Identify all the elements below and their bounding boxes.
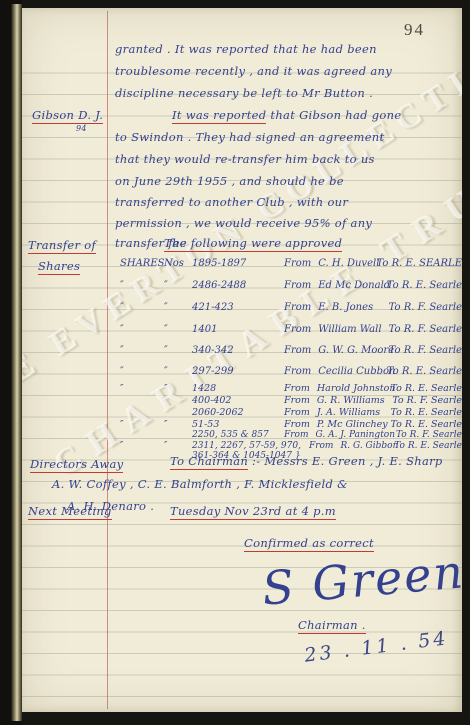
share-transfer-row: ″″421-423FromE. B. JonesTo R. F. Searle	[120, 302, 462, 313]
margin-note-directors: Directors Away	[30, 457, 123, 471]
red-margin-line	[107, 11, 108, 709]
row-ditto-1: ″	[120, 419, 164, 430]
directors-line: A. W. Coffey , C. E. Balmforth , F. Mick…	[52, 477, 348, 491]
chairman-role-line: Chairman .	[298, 618, 366, 632]
row-from-name: Harold Johnston	[317, 383, 396, 394]
row-ditto-1: ″	[120, 383, 164, 394]
margin-note-directors-label: Directors Away	[30, 457, 123, 473]
row-to: To R. E. Searle	[387, 280, 462, 291]
intro-line: troublesome recently , and it was agreed…	[115, 64, 392, 78]
row-to: To R. F. Searle	[389, 324, 462, 335]
transfer-heading-text: The following were approved	[164, 236, 342, 252]
row-to: To R. E. Searle	[390, 419, 462, 430]
gibson-line: to Swindon . They had signed an agreemen…	[115, 130, 384, 144]
share-transfer-row: 400-402FromG. R. WilliamsTo R. F. Searle	[120, 395, 462, 406]
margin-note-transfer-label: Transfer of	[28, 238, 96, 254]
gibson-line: permission , we would receive 95% of any	[115, 216, 372, 230]
row-from-word: From	[284, 407, 310, 418]
gibson-line: transferred to another Club , with our	[115, 195, 348, 209]
row-to: To R. E. Searle	[390, 407, 462, 418]
row-from-word: From	[284, 419, 310, 430]
row-ditto-2: ″	[164, 441, 192, 451]
row-ditto-2: ″	[164, 345, 192, 356]
margin-note-next-meeting: Next Meeting	[28, 504, 112, 518]
gibson-lead-rest: that Gibson had gone	[266, 108, 401, 122]
share-transfer-row: ″″2311, 2267, 57-59, 970,FromR. G. Gibbo…	[120, 441, 462, 451]
row-ditto-2: Nos	[164, 258, 192, 269]
minute-book-scan: THE EVERTON COLLECTION CHARITABLE TRUST …	[0, 0, 470, 725]
row-share-numbers: 297-299	[192, 366, 276, 377]
share-transfer-row: ″″297-299FromCecilia CubbonTo R. E. Sear…	[120, 366, 462, 377]
row-from-word: From	[309, 441, 334, 451]
row-from-name: J. A. Williams	[317, 407, 380, 418]
row-from-name: E. B. Jones	[318, 302, 373, 313]
directors-lead-rest: :- Messrs E. Green , J. E. Sharp	[248, 454, 443, 468]
row-from-name: G. A. J. Panington	[316, 430, 396, 440]
row-ditto-1: ″	[120, 324, 164, 335]
gibson-line: that they would re-transfer him back to …	[115, 152, 375, 166]
gibson-lead-line: It was reported that Gibson had gone	[172, 108, 401, 122]
row-from-word: From	[284, 258, 311, 269]
intro-line: granted . It was reported that he had be…	[115, 42, 377, 56]
row-from-word: From	[284, 302, 311, 313]
row-to: To R. F. Searle	[396, 430, 462, 440]
row-from-word: From	[284, 345, 311, 356]
row-from-name: R. G. Gibbon	[340, 441, 398, 451]
confirmed-line: Confirmed as correct	[244, 536, 374, 550]
share-transfer-row: 2060-2062FromJ. A. WilliamsTo R. E. Sear…	[120, 407, 462, 418]
chairman-role-text: Chairman .	[298, 618, 366, 634]
gibson-line: on June 29th 1955 , and should he be	[115, 174, 344, 188]
transfer-heading: The following were approved	[164, 236, 342, 250]
gibson-lead-underlined: It was reported	[172, 108, 266, 124]
row-ditto-2: ″	[164, 302, 192, 313]
row-to: To R. F. Searle	[389, 302, 462, 313]
row-share-numbers: 2060-2062	[192, 407, 276, 418]
minute-book-page: THE EVERTON COLLECTION CHARITABLE TRUST …	[22, 8, 462, 712]
row-ditto-1: SHARES	[120, 258, 164, 269]
directors-lead-line: To Chairman :- Messrs E. Green , J. E. S…	[170, 454, 443, 468]
row-from-word: From	[284, 430, 309, 440]
row-from-word: From	[284, 324, 311, 335]
row-to: To R. E. Searle	[390, 383, 462, 394]
row-share-numbers: 51-53	[192, 419, 276, 430]
row-ditto-1: ″	[120, 345, 164, 356]
row-share-numbers: 2250, 535 & 857	[192, 430, 276, 440]
row-from-name: William Wall	[318, 324, 381, 335]
row-share-numbers: 421-423	[192, 302, 276, 313]
row-share-numbers: 2486-2488	[192, 280, 276, 291]
row-share-numbers: 1428	[192, 383, 276, 394]
row-ditto-2: ″	[164, 324, 192, 335]
margin-note-gibson-label: Gibson D. J.	[32, 108, 103, 124]
row-to: To R. F. Searle	[392, 395, 462, 406]
row-from-name: C. H. Duvell	[318, 258, 379, 269]
confirmed-text: Confirmed as correct	[244, 536, 374, 552]
directors-lead-underlined: To Chairman	[170, 454, 248, 470]
row-ditto-1: ″	[120, 302, 164, 313]
share-transfer-row: ″″2486-2488FromEd Mc DonaldTo R. E. Sear…	[120, 280, 462, 291]
margin-note-gibson-sub: 94	[76, 124, 87, 133]
margin-note-next-meeting-label: Next Meeting	[28, 504, 112, 520]
row-to: To R. F. Searle	[389, 345, 462, 356]
share-transfer-row: ″″1428FromHarold JohnstonTo R. E. Searle	[120, 383, 462, 394]
row-share-numbers: 2311, 2267, 57-59, 970,	[192, 441, 301, 451]
share-transfer-row: ″″51-53FromP. Mc GlincheyTo R. E. Searle	[120, 419, 462, 430]
row-to: To R. E. Searle	[387, 366, 462, 377]
margin-note-transfer: Transfer of	[28, 238, 96, 252]
margin-note-shares: Shares	[38, 259, 80, 273]
row-from-name: G. W. G. Moore	[318, 345, 394, 356]
row-from-name: P. Mc Glinchey	[317, 419, 388, 430]
page-gutter-edge	[11, 4, 22, 721]
row-share-numbers: 400-402	[192, 395, 276, 406]
share-transfer-row: ″″340-342FromG. W. G. MooreTo R. F. Sear…	[120, 345, 462, 356]
row-ditto-2: ″	[164, 366, 192, 377]
row-from-word: From	[284, 383, 310, 394]
row-ditto-2: ″	[164, 383, 192, 394]
share-transfer-row: SHARESNos1895-1897FromC. H. DuvellTo R. …	[120, 258, 462, 269]
chairman-signature: S Green	[260, 544, 462, 615]
ruled-lines	[22, 52, 462, 712]
row-to: To R. E. Searle	[394, 441, 462, 451]
margin-note-shares-label: Shares	[38, 259, 80, 275]
row-from-name: Cecilia Cubbon	[318, 366, 395, 377]
next-meeting-line: Tuesday Nov 23rd at 4 p.m	[170, 504, 336, 518]
margin-note-gibson: Gibson D. J.	[32, 108, 103, 122]
row-ditto-2: ″	[164, 280, 192, 291]
row-share-numbers: 1895-1897	[192, 258, 276, 269]
page-number: 94	[404, 20, 425, 40]
row-ditto-1: ″	[120, 366, 164, 377]
share-transfer-row: 2250, 535 & 857FromG. A. J. PaningtonTo …	[120, 430, 462, 440]
row-from-name: G. R. Williams	[317, 395, 385, 406]
row-share-numbers: 340-342	[192, 345, 276, 356]
row-from-word: From	[284, 395, 310, 406]
share-transfer-row: ″″1401FromWilliam WallTo R. F. Searle	[120, 324, 462, 335]
row-from-word: From	[284, 280, 311, 291]
row-ditto-1: ″	[120, 441, 164, 451]
row-from-word: From	[284, 366, 311, 377]
row-ditto-1: ″	[120, 280, 164, 291]
row-ditto-2: ″	[164, 419, 192, 430]
intro-line: discipline necessary be left to Mr Butto…	[115, 86, 373, 100]
row-share-numbers: 1401	[192, 324, 276, 335]
row-to: To R. E. SEARLE	[377, 258, 462, 269]
next-meeting-text: Tuesday Nov 23rd at 4 p.m	[170, 504, 336, 520]
row-from-name: Ed Mc Donald	[318, 280, 390, 291]
